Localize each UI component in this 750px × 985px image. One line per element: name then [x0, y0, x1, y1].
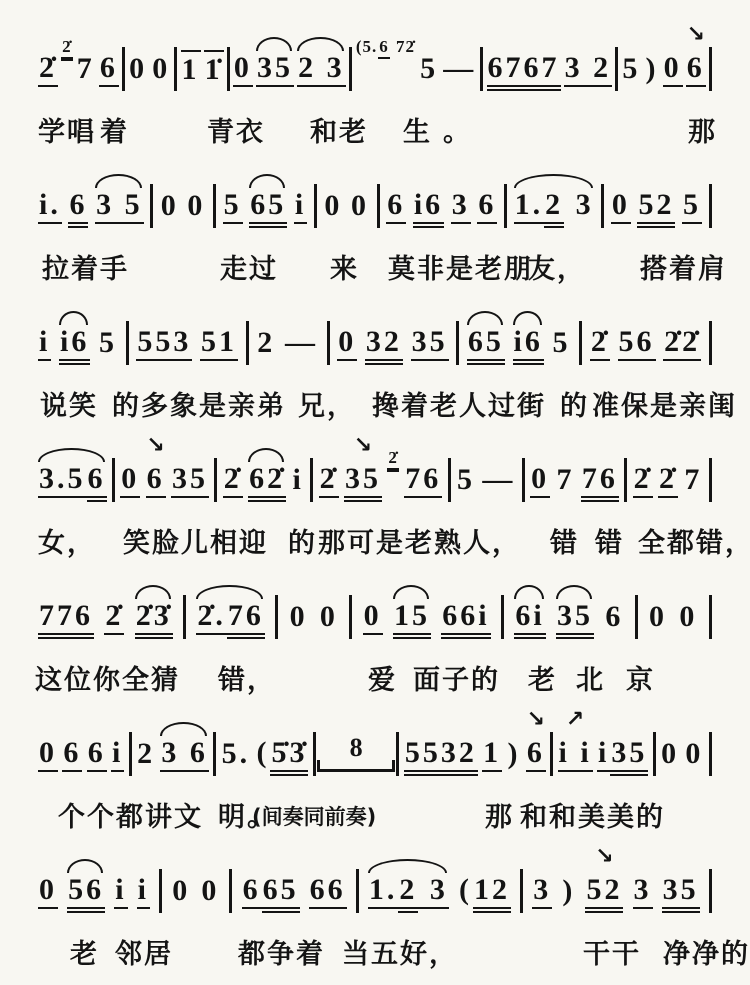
lyric-text: 走过: [220, 247, 278, 286]
note-digits: 56: [618, 325, 656, 362]
note-token: 65: [467, 325, 505, 362]
note-token: i6: [413, 188, 444, 225]
note-digits: 0: [648, 600, 668, 635]
bar-line: [653, 732, 656, 776]
note-digits: 7: [555, 463, 575, 498]
note-digits: 3 5: [95, 188, 144, 225]
bar-line: [520, 869, 523, 913]
note-digits: 0: [678, 600, 698, 635]
note-digits: 5: [419, 52, 439, 87]
bar-line: [709, 869, 712, 913]
music-system-4: 3.5606↘352̇62̇i2̇35↘2̇765—07762̇2̇7女，笑脸儿…: [0, 437, 750, 574]
lyric-text: 。: [443, 110, 472, 149]
note-digits: 5̇3̇: [270, 736, 308, 773]
bar-line: [150, 184, 153, 228]
note-digits: 2̇: [633, 462, 653, 499]
note-digits: 2̇: [104, 599, 124, 636]
bar-line: [275, 595, 278, 639]
bar-line: [122, 47, 125, 91]
note-digits: 2̇: [61, 37, 73, 59]
note-digits: 2: [256, 326, 276, 361]
note-digits: 0: [319, 600, 339, 635]
note-token: 0: [660, 737, 680, 772]
note-token: 1.2 3: [514, 188, 595, 225]
note-digits: 2̇: [319, 462, 339, 499]
note-token: (12: [458, 873, 511, 910]
bar-line: [448, 458, 451, 502]
grace-note: (5.6 72̇: [355, 37, 416, 59]
note-token: i: [294, 188, 307, 225]
note-token: 553: [136, 325, 192, 362]
note-digits: 1.: [368, 873, 399, 910]
note-token: 6: [477, 188, 497, 225]
bar-line: [579, 321, 582, 365]
note-token: 5: [98, 326, 118, 361]
grace-note: 2̇: [387, 448, 399, 470]
notes-row: 2̇2̇760011̇0352 3(5.6 72̇5—67673 25)06↘: [0, 40, 750, 98]
note-digits: 35: [610, 736, 648, 773]
lyric-text: 来: [330, 247, 359, 286]
bar-line: [314, 184, 317, 228]
note-digits: 6: [242, 873, 262, 910]
note-token: 0: [363, 599, 383, 636]
note-token: 3 5: [95, 188, 144, 225]
note-token: 2̇2̇: [663, 325, 701, 362]
note-digits: 32: [365, 325, 403, 362]
bar-line: [159, 869, 162, 913]
gliss-arrow-down-icon: ↘: [146, 435, 164, 457]
score-body: 2̇2̇760011̇0352 3(5.6 72̇5—67673 25)06↘学…: [0, 26, 750, 985]
note-digits: 2: [136, 737, 156, 772]
note-digits: 65: [249, 188, 287, 225]
gliss-arrow-down-icon: ↘: [687, 24, 705, 46]
note-digits: 6: [62, 736, 82, 773]
note-digits: 0: [171, 874, 191, 909]
note-token: 2: [256, 326, 276, 361]
note-token: 7: [683, 463, 703, 498]
note-token: 66i: [441, 599, 490, 636]
lyric-text: 的: [288, 521, 317, 560]
gliss-arrow-down-icon: ↘: [595, 846, 613, 868]
note-token: 5: [456, 463, 476, 498]
bar-line: [501, 595, 504, 639]
lyric-text: 错: [595, 521, 624, 560]
note-digits: ): [645, 52, 660, 87]
jianpu-score-page: 2̇2̇760011̇0352 3(5.6 72̇5—67673 25)06↘学…: [0, 0, 750, 985]
bar-line: [356, 869, 359, 913]
lyrics-row: 女，笑脸儿相迎的那可是老熟人，错错全都错，: [0, 521, 750, 559]
note-digits: i: [114, 873, 127, 910]
note-token: 6: [386, 188, 406, 225]
note-digits: 7: [683, 463, 703, 498]
note-token: 0: [200, 874, 220, 909]
bar-line: [183, 595, 186, 639]
note-digits: i: [137, 873, 150, 910]
note-digits: 3: [564, 188, 595, 223]
note-token: 15: [393, 599, 431, 636]
lyric-text: 准保是亲闺: [592, 384, 737, 423]
note-token: 2̇: [223, 462, 243, 499]
note-digits: 35: [556, 599, 594, 636]
bar-line: [624, 458, 627, 502]
lyric-text: 老: [70, 932, 99, 971]
note-digits: 2̇: [223, 462, 243, 499]
note-token: 2 3: [297, 51, 346, 88]
note-digits: 776: [38, 599, 94, 636]
note-token: i: [111, 736, 124, 773]
note-digits: 2̇: [387, 448, 399, 470]
note-digits: 6: [386, 188, 406, 225]
note-token: —: [442, 52, 477, 87]
note-token: 5: [552, 326, 572, 361]
note-digits: 0: [530, 462, 550, 499]
note-token: 52: [637, 188, 675, 225]
note-token: 0: [38, 736, 58, 773]
bar-line: [709, 47, 712, 91]
note-token: 6767: [487, 51, 561, 88]
music-system-3: ii65553512—0323565i652̇562̇2̇说笑的多象是亲弟兄，搀…: [0, 300, 750, 437]
note-token: 0: [663, 51, 683, 88]
note-digits: 0: [337, 325, 357, 362]
note-digits: 0: [200, 874, 220, 909]
lyrics-row: 说笑的多象是亲弟兄，搀着老人过街的准保是亲闺: [0, 384, 750, 422]
note-digits: 3: [633, 873, 653, 910]
bar-line: [327, 321, 330, 365]
note-token: 35: [411, 325, 449, 362]
note-digits: 3: [451, 188, 471, 225]
bar-line: [174, 47, 177, 91]
note-token: 0: [530, 462, 550, 499]
note-digits: 0: [363, 599, 383, 636]
bar-line: [214, 458, 217, 502]
bar-line: [227, 47, 230, 91]
note-token: 5: [223, 188, 243, 225]
note-token: 0: [233, 51, 253, 88]
bar-line: [522, 458, 525, 502]
lyric-text: 搭着肩: [640, 247, 727, 286]
lyric-text: 青衣: [207, 110, 265, 149]
bar-line: [550, 732, 553, 776]
note-token: 3 2: [564, 51, 613, 88]
note-digits: 2: [544, 188, 564, 225]
note-token: 0: [120, 462, 140, 499]
note-token: 0: [319, 600, 339, 635]
note-digits: 76: [404, 462, 442, 499]
bar-line: [246, 321, 249, 365]
note-digits: 62̇: [248, 462, 286, 499]
note-digits: 0: [233, 51, 253, 88]
note-token: 1: [181, 50, 201, 88]
note-digits: 0: [323, 189, 343, 224]
note-token: 6: [62, 736, 82, 773]
note-digits: 6: [526, 736, 546, 773]
notes-row: 066i23 65.(5̇3̇855321)6↘i i↗i3500: [0, 725, 750, 783]
note-digits: 51: [200, 325, 238, 362]
note-token: ): [561, 874, 576, 909]
interlude-line: [317, 760, 395, 772]
lyric-text: 的: [560, 384, 589, 423]
bar-line: [709, 321, 712, 365]
lyric-text: 那: [688, 110, 717, 149]
note-digits: 0: [38, 736, 58, 773]
note-digits: 56: [67, 873, 105, 910]
note-digits: 52: [637, 188, 675, 225]
bar-line: [349, 595, 352, 639]
note-token: ): [645, 52, 660, 87]
note-token: 0: [678, 600, 698, 635]
lyric-text: 都争着: [238, 932, 325, 971]
lyric-text: 全都错，: [638, 521, 750, 560]
lyric-text: 净净的: [663, 932, 750, 971]
note-token: 6↘: [526, 736, 546, 773]
note-token: 35↘: [344, 462, 382, 499]
note-token: 0: [38, 873, 58, 910]
lyric-text: 那: [485, 795, 514, 834]
bar-line: [456, 321, 459, 365]
note-token: i i↗: [558, 736, 593, 773]
lyric-text: 错，: [218, 658, 276, 697]
lyric-text: 面子的: [413, 658, 500, 697]
note-digits: 65: [262, 873, 300, 910]
note-digits: 2̇3̇: [135, 599, 173, 636]
bar-line: [213, 184, 216, 228]
note-digits: 0: [350, 189, 370, 224]
note-token: 6: [99, 51, 119, 88]
note-token: 3 6: [160, 736, 209, 773]
note-token: —: [481, 463, 516, 498]
note-digits: 2̇2̇: [663, 325, 701, 362]
notes-row: ii65553512—0323565i652̇562̇2̇: [0, 314, 750, 372]
note-token: 3: [451, 188, 471, 225]
note-token: i: [114, 873, 127, 910]
lyrics-row: 学唱着青衣和老生。那: [0, 110, 750, 148]
note-digits: 0: [611, 188, 631, 225]
note-digits: 0: [151, 52, 171, 87]
music-system-2: i.63 500565i006i6361.2 30525拉着手走过来莫非是老朋友…: [0, 163, 750, 300]
note-token: i: [137, 873, 150, 910]
note-token: 0: [350, 189, 370, 224]
note-token: 35: [256, 51, 294, 88]
lyric-text: (间奏同前奏): [252, 801, 376, 831]
note-digits: 66i: [441, 599, 490, 636]
note-token: 6↘: [686, 51, 706, 88]
bar-line: [229, 869, 232, 913]
note-digits: 2 3: [297, 51, 346, 88]
note-token: 6: [68, 188, 88, 225]
note-token: 32: [365, 325, 403, 362]
note-digits: i: [38, 325, 51, 362]
note-token: 6: [87, 736, 107, 773]
notes-row: 056ii00665661.2 3(123)52↘335: [0, 862, 750, 920]
note-token: 2̇: [658, 462, 678, 499]
note-token: 62̇: [248, 462, 286, 499]
note-digits: 1: [181, 50, 201, 88]
lyric-text: 拉着手: [42, 247, 129, 286]
lyric-text: 兄，: [298, 384, 356, 423]
bar-line: [129, 732, 132, 776]
note-token: i: [292, 463, 305, 498]
note-token: 35: [171, 462, 209, 499]
bar-line: [377, 184, 380, 228]
note-digits: 6: [99, 51, 119, 88]
note-token: 0: [337, 325, 357, 362]
note-token: 0: [160, 189, 180, 224]
music-system-5: 7762̇2̇3̇2̇.760001566i6i35600这位你全猜错，爱面子的…: [0, 574, 750, 711]
bar-line: [709, 184, 712, 228]
note-token: 5.: [221, 737, 252, 772]
note-token: 2̇: [633, 462, 653, 499]
note-digits: 3 2: [564, 51, 613, 88]
note-digits: 3.5: [38, 462, 87, 499]
bar-line: [213, 732, 216, 776]
note-digits: 0: [120, 462, 140, 499]
note-digits: 6: [146, 462, 166, 499]
note-digits: —: [284, 326, 319, 361]
note-digits: 76: [227, 599, 265, 636]
note-token: 2̇3̇: [135, 599, 173, 636]
lyric-text: 女，: [38, 521, 96, 560]
lyric-text: 莫非是老朋: [388, 247, 533, 286]
lyric-text: 搀着老人过街: [372, 384, 546, 423]
note-digits: 5: [682, 188, 702, 225]
note-token: 1: [482, 736, 502, 773]
lyrics-row: 这位你全猜错，爱面子的老北京: [0, 658, 750, 696]
note-token: 5: [682, 188, 702, 225]
lyric-text: 老: [528, 658, 557, 697]
note-digits: 0: [663, 51, 683, 88]
note-token: 0: [151, 52, 171, 87]
note-token: 0: [648, 600, 668, 635]
bar-line: [396, 732, 399, 776]
note-token: 2̇: [38, 51, 58, 88]
note-token: 1̇: [204, 50, 224, 88]
notes-row: 3.5606↘352̇62̇i2̇35↘2̇765—07762̇2̇7: [0, 451, 750, 509]
note-digits: ): [561, 874, 576, 909]
note-token: i6: [59, 325, 90, 362]
note-digits: 0: [289, 600, 309, 635]
note-digits: 6: [378, 37, 390, 59]
note-digits: 6: [686, 51, 706, 88]
note-digits: 6i: [514, 599, 545, 636]
lyrics-row: 拉着手走过来莫非是老朋友，搭着肩: [0, 247, 750, 285]
note-token: 2̇: [319, 462, 339, 499]
note-digits: 6: [477, 188, 497, 225]
music-system-7: 056ii00665661.2 3(123)52↘335老邻居都争着当五好，干干…: [0, 848, 750, 985]
note-digits: i6: [413, 188, 444, 225]
note-digits: 3 6: [160, 736, 209, 773]
lyrics-row: 个个都讲文明。(间奏同前奏)那和和美美的: [0, 795, 750, 833]
lyrics-row: 老邻居都争着当五好，干干净净的: [0, 932, 750, 970]
note-digits: 5: [621, 52, 641, 87]
note-digits: 5.: [221, 737, 252, 772]
note-digits: (: [458, 873, 473, 908]
bar-line: [709, 595, 712, 639]
note-digits: 2̇: [658, 462, 678, 499]
note-digits: 6: [87, 736, 107, 773]
note-token: 5: [419, 52, 439, 87]
bar-line: [504, 184, 507, 228]
bar-line: [480, 47, 483, 91]
note-token: 6↘: [146, 462, 166, 499]
notes-row: 7762̇2̇3̇2̇.760001566i6i35600: [0, 588, 750, 646]
note-digits: 35: [344, 462, 382, 499]
note-digits: i.: [38, 188, 62, 225]
note-digits: 1: [482, 736, 502, 773]
note-token: —: [284, 326, 319, 361]
note-token: i: [38, 325, 51, 362]
note-token: 3: [532, 873, 552, 910]
note-digits: (: [255, 736, 270, 771]
note-token: 5532: [404, 736, 478, 773]
music-system-6: 066i23 65.(5̇3̇855321)6↘i i↗i3500个个都讲文明。…: [0, 711, 750, 848]
grace-note: 2̇: [61, 37, 73, 59]
note-digits: 553: [136, 325, 192, 362]
note-token: 6: [604, 600, 624, 635]
lyric-text: 那可是老熟人，: [318, 521, 521, 560]
lyric-text: 和和美美的: [520, 795, 665, 834]
bar-line: [349, 47, 352, 91]
note-token: 35: [556, 599, 594, 636]
lyric-text: 爱: [368, 658, 397, 697]
note-digits: 65: [467, 325, 505, 362]
bar-line: [615, 47, 618, 91]
lyric-text: 邻居: [115, 932, 173, 971]
bar-line: [126, 321, 129, 365]
note-token: 0: [186, 189, 206, 224]
note-digits: 0: [186, 189, 206, 224]
note-digits: 0: [128, 52, 148, 87]
note-digits: 2̇: [590, 325, 610, 362]
note-digits: 35: [411, 325, 449, 362]
bar-line: [709, 732, 712, 776]
note-digits: i6: [513, 325, 544, 362]
note-token: 776: [38, 599, 94, 636]
note-token: i6: [513, 325, 544, 362]
note-digits: 15: [393, 599, 431, 636]
note-token: 3.56: [38, 462, 107, 499]
note-digits: 6: [87, 462, 107, 499]
note-token: (5̇3̇: [255, 736, 308, 773]
note-token: 0: [684, 737, 704, 772]
lyric-text: 着: [100, 110, 129, 149]
note-token: 7: [76, 52, 96, 87]
lyric-text: 说笑: [40, 384, 98, 423]
note-token: 56: [618, 325, 656, 362]
lyric-text: 生: [403, 110, 432, 149]
note-digits: 2̇.: [196, 599, 227, 636]
note-token: 2̇: [590, 325, 610, 362]
note-digits: 6767: [487, 51, 561, 88]
bar-line: [635, 595, 638, 639]
note-token: 2̇: [104, 599, 124, 636]
note-digits: 5532: [404, 736, 478, 773]
gliss-arrow-down-icon: ↘: [527, 709, 545, 731]
note-token: 65: [249, 188, 287, 225]
note-digits: 1.: [514, 188, 545, 225]
bar-line: [313, 732, 316, 776]
note-token: 665: [242, 873, 300, 910]
note-token: 76: [404, 462, 442, 499]
note-token: 35: [662, 873, 700, 910]
note-digits: —: [442, 52, 477, 87]
note-digits: 5: [456, 463, 476, 498]
note-digits: 5: [552, 326, 572, 361]
lyric-text: 学唱: [38, 110, 96, 149]
note-digits: i6: [59, 325, 90, 362]
note-digits: 35: [256, 51, 294, 88]
bar-line: [709, 458, 712, 502]
note-digits: 3: [532, 873, 552, 910]
